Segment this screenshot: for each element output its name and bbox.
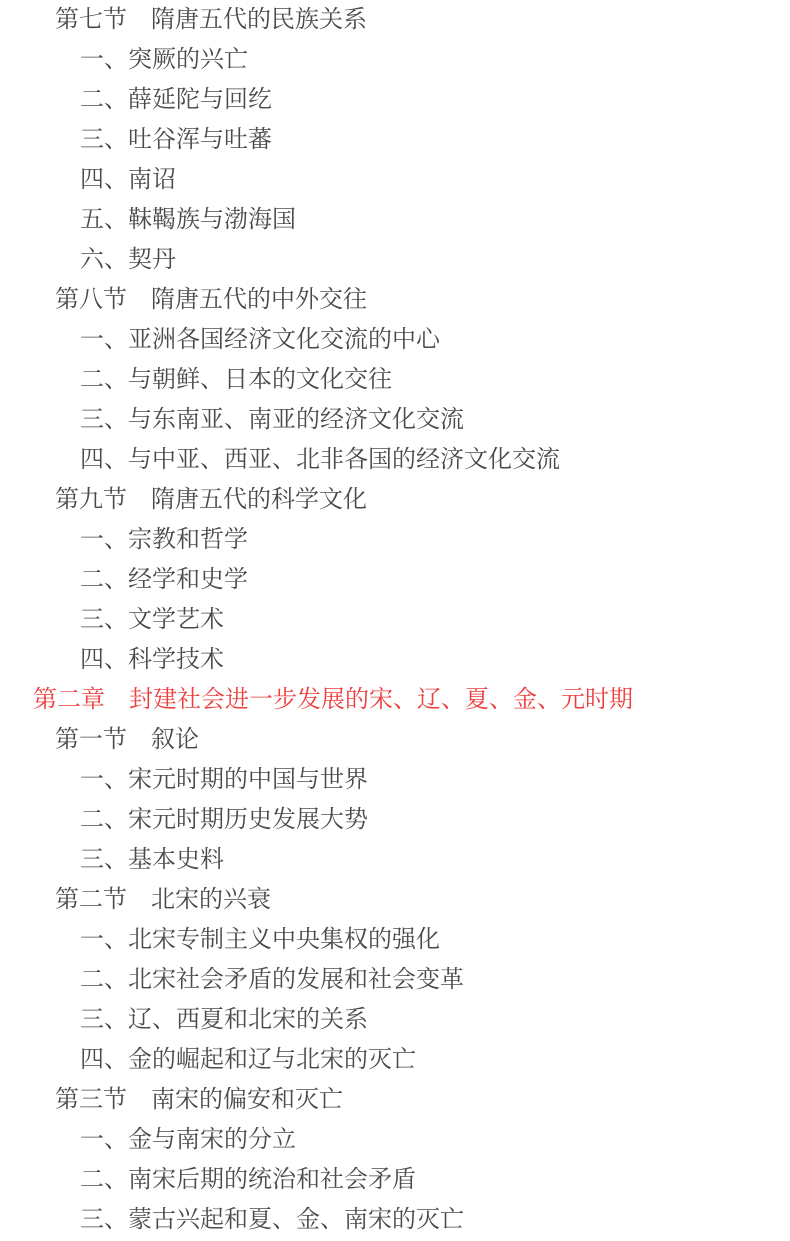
- toc-line-title: 宋元时期历史发展大势: [128, 806, 368, 833]
- toc-line: 二、北宋社会矛盾的发展和社会变革: [0, 960, 790, 1000]
- toc-line-title: 南诏: [128, 166, 176, 193]
- toc-line-title: 突厥的兴亡: [128, 46, 248, 73]
- toc-line-title: 南宋后期的统治和社会矛盾: [128, 1166, 416, 1193]
- toc-line: 二、薛延陀与回纥: [0, 80, 790, 120]
- toc-line-title: 隋唐五代的科学文化: [151, 486, 367, 513]
- toc-line: 二、与朝鲜、日本的文化交往: [0, 360, 790, 400]
- toc-line-title: 契丹: [128, 246, 176, 273]
- toc-line-title: 叙论: [151, 726, 199, 753]
- toc-line-title: 与朝鲜、日本的文化交往: [128, 366, 392, 393]
- toc-line-title: 与东南亚、南亚的经济文化交流: [128, 406, 464, 433]
- toc-line-label: 三、: [80, 126, 128, 153]
- toc-line: 三、吐谷浑与吐蕃: [0, 120, 790, 160]
- toc-line-label: 二、: [80, 566, 128, 593]
- toc-line-title: 经学和史学: [128, 566, 248, 593]
- toc-line: 四、金的崛起和辽与北宋的灭亡: [0, 1040, 790, 1080]
- table-of-contents: 第七节隋唐五代的民族关系 一、突厥的兴亡 二、薛延陀与回纥 三、吐谷浑与吐蕃 四…: [0, 0, 790, 1240]
- toc-line: 三、文学艺术: [0, 600, 790, 640]
- toc-line-label: 二、: [80, 1166, 128, 1193]
- toc-line: 四、南诏: [0, 160, 790, 200]
- toc-line-label: 三、: [80, 1206, 128, 1233]
- toc-line-label: 四、: [80, 1046, 128, 1073]
- toc-line: 第七节隋唐五代的民族关系: [0, 0, 790, 40]
- toc-line-label: 五、: [80, 206, 128, 233]
- toc-line: 一、突厥的兴亡: [0, 40, 790, 80]
- toc-line: 四、与中亚、西亚、北非各国的经济文化交流: [0, 440, 790, 480]
- toc-line-title: 隋唐五代的中外交往: [151, 286, 367, 313]
- toc-line: 三、蒙古兴起和夏、金、南宋的灭亡: [0, 1200, 790, 1240]
- toc-line-label: 二、: [80, 366, 128, 393]
- toc-line: 一、亚洲各国经济文化交流的中心: [0, 320, 790, 360]
- toc-line: 二、经学和史学: [0, 560, 790, 600]
- toc-line-title: 宗教和哲学: [128, 526, 248, 553]
- toc-line-label: 一、: [80, 1126, 128, 1153]
- toc-line-label: 第二节: [55, 886, 127, 913]
- toc-line: 第三节南宋的偏安和灭亡: [0, 1080, 790, 1120]
- toc-line: 第一节叙论: [0, 720, 790, 760]
- toc-line: 三、与东南亚、南亚的经济文化交流: [0, 400, 790, 440]
- toc-line-label: 二、: [80, 806, 128, 833]
- toc-line-label: 三、: [80, 1006, 128, 1033]
- toc-line-title: 北宋的兴衰: [151, 886, 271, 913]
- toc-line-title: 与中亚、西亚、北非各国的经济文化交流: [128, 446, 560, 473]
- toc-line-title: 吐谷浑与吐蕃: [128, 126, 272, 153]
- toc-line-label: 第九节: [55, 486, 127, 513]
- toc-line-label: 一、: [80, 766, 128, 793]
- toc-line-label: 三、: [80, 846, 128, 873]
- toc-line-title: 隋唐五代的民族关系: [151, 6, 367, 33]
- toc-line-title: 靺鞨族与渤海国: [128, 206, 296, 233]
- toc-line-label: 一、: [80, 46, 128, 73]
- toc-line-label: 六、: [80, 246, 128, 273]
- toc-line-title: 南宋的偏安和灭亡: [151, 1086, 343, 1113]
- toc-line-label: 第三节: [55, 1086, 127, 1113]
- toc-line-label: 四、: [80, 446, 128, 473]
- toc-line-title: 北宋社会矛盾的发展和社会变革: [128, 966, 464, 993]
- toc-line-label: 二、: [80, 86, 128, 113]
- toc-line: 四、科学技术: [0, 640, 790, 680]
- toc-line-label: 一、: [80, 926, 128, 953]
- toc-line-label: 一、: [80, 526, 128, 553]
- toc-line-title: 文学艺术: [128, 606, 224, 633]
- toc-line: 第二节北宋的兴衰: [0, 880, 790, 920]
- toc-line-title: 宋元时期的中国与世界: [128, 766, 368, 793]
- toc-line-title: 北宋专制主义中央集权的强化: [128, 926, 440, 953]
- toc-line-title: 基本史料: [128, 846, 224, 873]
- toc-line-label: 第七节: [55, 6, 127, 33]
- toc-line-title: 蒙古兴起和夏、金、南宋的灭亡: [128, 1206, 464, 1233]
- toc-line-label: 四、: [80, 646, 128, 673]
- toc-line: 第八节隋唐五代的中外交往: [0, 280, 790, 320]
- toc-line-title: 金的崛起和辽与北宋的灭亡: [128, 1046, 416, 1073]
- toc-line: 二、宋元时期历史发展大势: [0, 800, 790, 840]
- toc-line-label: 三、: [80, 606, 128, 633]
- toc-line-title: 金与南宋的分立: [128, 1126, 296, 1153]
- toc-line: 六、契丹: [0, 240, 790, 280]
- toc-line: 二、南宋后期的统治和社会矛盾: [0, 1160, 790, 1200]
- toc-line-label: 四、: [80, 166, 128, 193]
- toc-line: 一、宋元时期的中国与世界: [0, 760, 790, 800]
- toc-line: 三、基本史料: [0, 840, 790, 880]
- toc-line: 三、辽、西夏和北宋的关系: [0, 1000, 790, 1040]
- toc-line: 一、北宋专制主义中央集权的强化: [0, 920, 790, 960]
- toc-line-label: 三、: [80, 406, 128, 433]
- toc-line-label: 第二章: [33, 686, 105, 713]
- toc-line: 一、宗教和哲学: [0, 520, 790, 560]
- toc-line-title: 辽、西夏和北宋的关系: [128, 1006, 368, 1033]
- toc-line-title: 封建社会进一步发展的宋、辽、夏、金、元时期: [129, 686, 633, 713]
- toc-line: 第九节隋唐五代的科学文化: [0, 480, 790, 520]
- toc-line-title: 亚洲各国经济文化交流的中心: [128, 326, 440, 353]
- toc-line-label: 第八节: [55, 286, 127, 313]
- toc-line-label: 第一节: [55, 726, 127, 753]
- toc-line-label: 一、: [80, 326, 128, 353]
- toc-line: 五、靺鞨族与渤海国: [0, 200, 790, 240]
- toc-line-label: 二、: [80, 966, 128, 993]
- toc-line-title: 薛延陀与回纥: [128, 86, 272, 113]
- toc-line-title: 科学技术: [128, 646, 224, 673]
- toc-line: 一、金与南宋的分立: [0, 1120, 790, 1160]
- toc-line: 第二章封建社会进一步发展的宋、辽、夏、金、元时期: [0, 680, 790, 720]
